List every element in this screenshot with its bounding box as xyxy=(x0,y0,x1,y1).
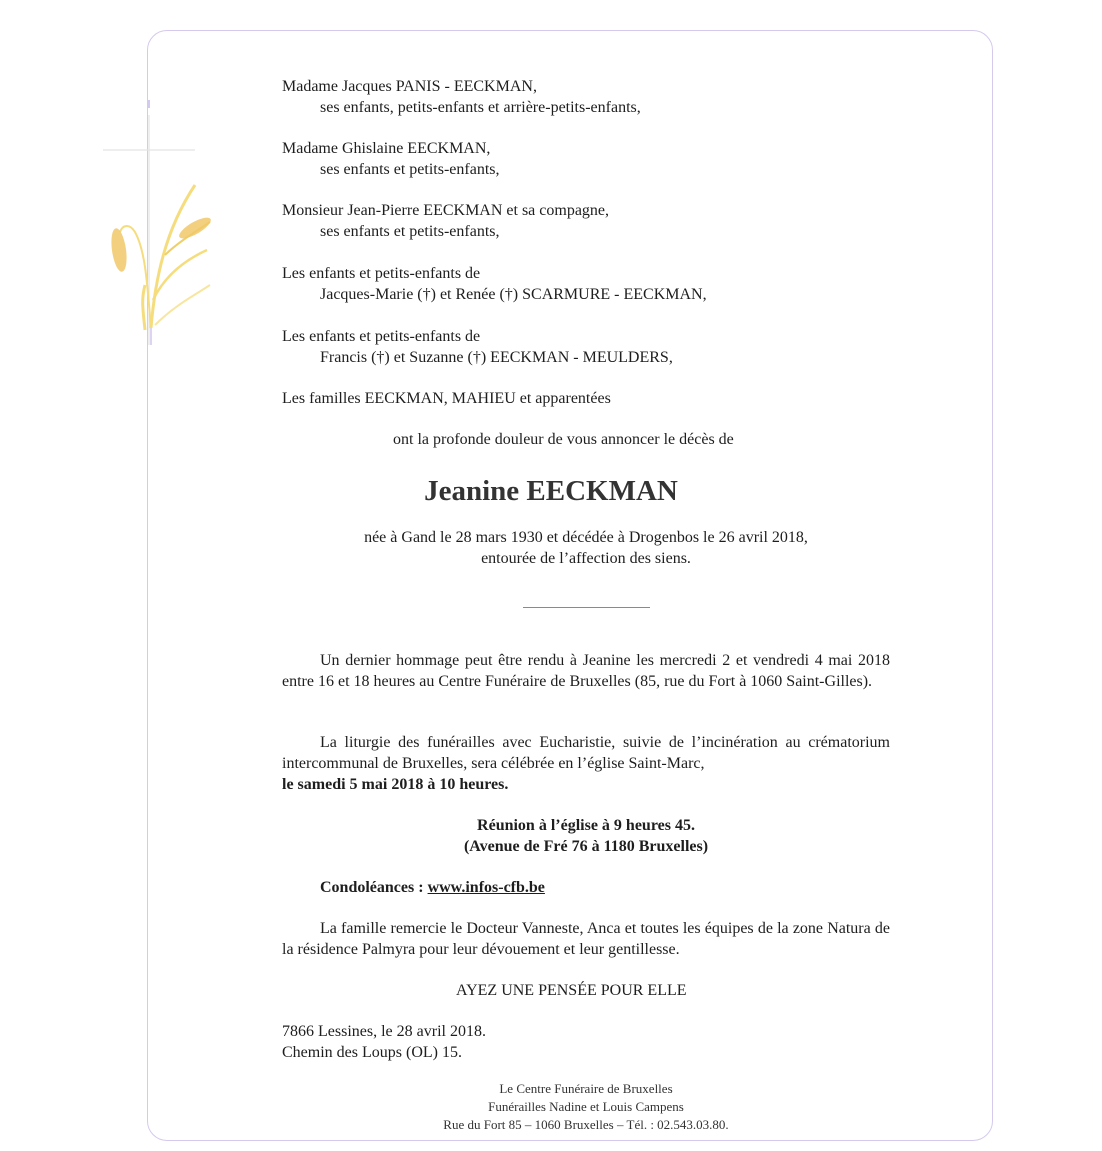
family-entry-3: Monsieur Jean-Pierre EECKMAN et sa compa… xyxy=(282,200,609,242)
family-entry-6: Les familles EECKMAN, MAHIEU et apparent… xyxy=(282,388,611,409)
announcement-text: ont la profonde douleur de vous annoncer… xyxy=(393,429,734,450)
deceased-name: Jeanine EECKMAN xyxy=(0,474,1102,508)
funeral-home-footer: Le Centre Funéraire de Bruxelles Funérai… xyxy=(386,1080,786,1134)
deceased-note: entourée de l’affection des siens. xyxy=(0,548,1102,569)
reunion-time: Réunion à l’église à 9 heures 45. xyxy=(0,815,1102,836)
family-entry-5: Les enfants et petits-enfants de Francis… xyxy=(282,326,673,368)
family-entry-2: Madame Ghislaine EECKMAN, ses enfants et… xyxy=(282,138,500,180)
cross-and-wheat-icon xyxy=(95,100,225,350)
family-entry-1: Madame Jacques PANIS - EECKMAN, ses enfa… xyxy=(282,76,641,118)
paragraph-liturgie: La liturgie des funérailles avec Euchari… xyxy=(282,732,890,795)
family-entry-4: Les enfants et petits-enfants de Jacques… xyxy=(282,263,707,305)
deceased-dates: née à Gand le 28 mars 1930 et décédée à … xyxy=(0,527,1102,548)
closing-text: AYEZ UNE PENSÉE POUR ELLE xyxy=(456,980,687,1001)
condoleances: Condoléances : www.infos-cfb.be xyxy=(320,877,545,898)
page-border-frame xyxy=(147,30,993,1141)
address-block: 7866 Lessines, le 28 avril 2018. Chemin … xyxy=(282,1021,486,1063)
reunion-address: (Avenue de Fré 76 à 1180 Bruxelles) xyxy=(0,836,1102,857)
paragraph-thanks: La famille remercie le Docteur Vanneste,… xyxy=(282,918,890,960)
separator-line xyxy=(523,607,650,608)
paragraph-hommage: Un dernier hommage peut être rendu à Jea… xyxy=(282,650,890,692)
condoleances-link[interactable]: www.infos-cfb.be xyxy=(428,879,545,896)
condoleances-label: Condoléances : xyxy=(320,879,428,896)
